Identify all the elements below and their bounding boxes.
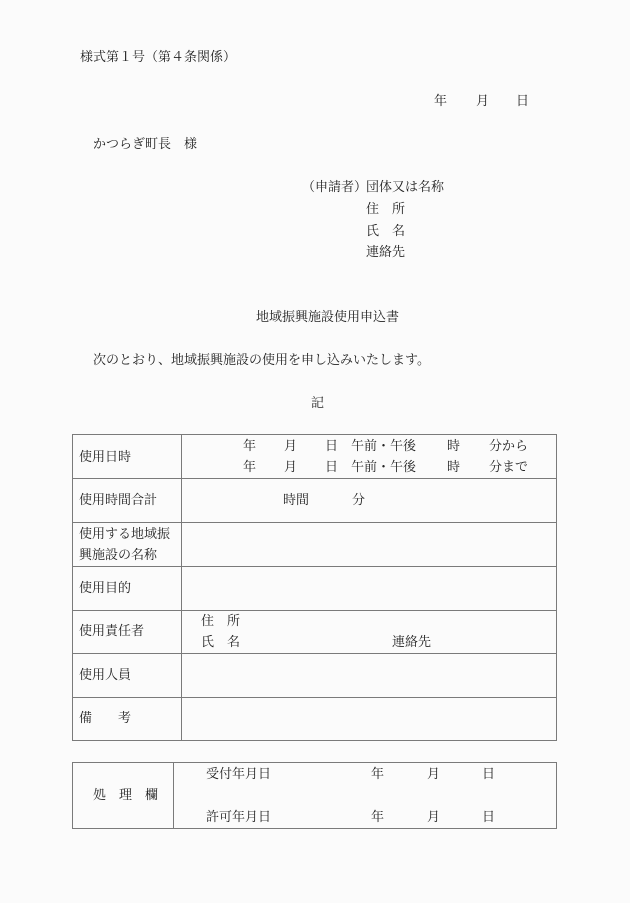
start-year-label: 年 (243, 440, 256, 453)
responsible-person-label: 使用責任者 (79, 625, 144, 638)
permission-day-label: 日 (482, 811, 495, 824)
applicant-name-label: 氏 名 (366, 225, 405, 238)
reception-date-label: 受付年月日 (206, 768, 271, 781)
purpose-label: 使用目的 (79, 582, 131, 595)
start-day-label: 日 (325, 440, 338, 453)
row-divider (72, 478, 557, 479)
permission-date-label: 許可年月日 (206, 811, 271, 824)
facility-name-label-line2: 興施設の名称 (79, 549, 157, 562)
reception-month-label: 月 (427, 768, 440, 781)
permission-month-label: 月 (427, 811, 440, 824)
end-ampm-label: 午前・午後 (351, 461, 416, 474)
number-of-users-label: 使用人員 (79, 669, 131, 682)
number-of-users-field[interactable] (182, 654, 556, 696)
date-month-label: 月 (476, 95, 489, 108)
responsible-contact-label[interactable]: 連絡先 (392, 636, 431, 649)
date-day-label: 日 (516, 95, 529, 108)
addressee: かつらぎ町長 様 (93, 138, 197, 151)
start-hour-label: 時 (447, 440, 460, 453)
remarks-label: 備 考 (79, 712, 131, 725)
total-time-label: 使用時間合計 (79, 494, 157, 507)
start-month-label: 月 (284, 440, 297, 453)
applicant-role-label: （申請者） (302, 181, 367, 194)
end-minute-label: 分まで (489, 461, 528, 474)
start-minute-label: 分から (489, 440, 528, 453)
total-minutes-label: 分 (352, 494, 365, 507)
permission-year-label: 年 (371, 811, 384, 824)
remarks-field[interactable] (182, 698, 556, 740)
total-hours-label: 時間 (283, 494, 309, 507)
form-number: 様式第１号（第４条関係） (80, 51, 236, 64)
applicant-contact-label: 連絡先 (366, 246, 405, 259)
purpose-field[interactable] (182, 567, 556, 609)
document-title: 地域振興施設使用申込書 (256, 311, 399, 324)
end-year-label: 年 (243, 461, 256, 474)
reception-day-label: 日 (482, 768, 495, 781)
applicant-org-name-label: 団体又は名称 (366, 181, 444, 194)
applicant-address-label: 住 所 (366, 203, 405, 216)
processing-column-divider (173, 762, 174, 829)
end-month-label: 月 (284, 461, 297, 474)
intro-text: 次のとおり、地域振興施設の使用を申し込みいたします。 (93, 354, 430, 367)
processing-label: 処 理 欄 (93, 789, 158, 802)
responsible-address-label[interactable]: 住 所 (201, 615, 240, 628)
facility-name-label-line1: 使用する地域振 (79, 528, 170, 541)
responsible-name-label[interactable]: 氏 名 (201, 636, 240, 649)
row-divider (72, 610, 557, 611)
facility-name-field[interactable] (182, 523, 556, 565)
usage-datetime-label: 使用日時 (79, 451, 131, 464)
ki-label: 記 (311, 397, 324, 410)
reception-year-label: 年 (371, 768, 384, 781)
end-day-label: 日 (325, 461, 338, 474)
end-hour-label: 時 (447, 461, 460, 474)
start-ampm-label: 午前・午後 (351, 440, 416, 453)
date-year-label: 年 (434, 95, 447, 108)
